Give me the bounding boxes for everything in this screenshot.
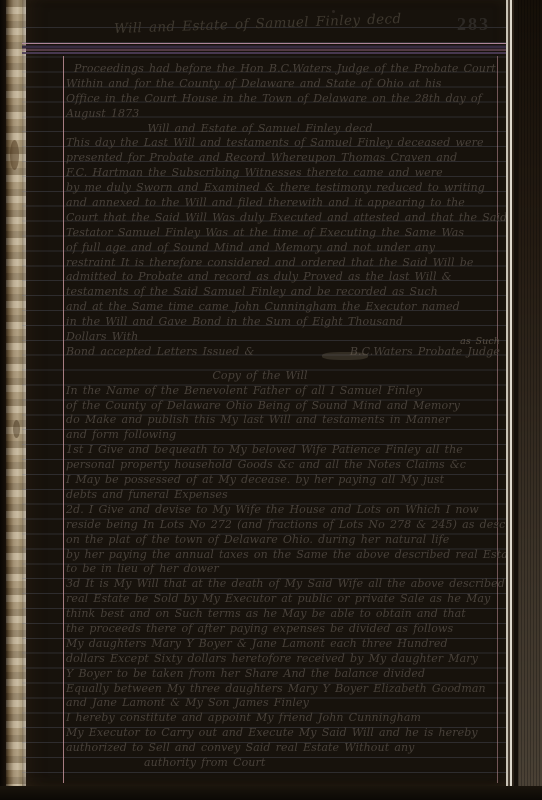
document-line: of full age and of Sound Mind and Memory… [66,241,502,256]
document-line: Court that the Said Will Was duly Execut… [66,211,502,226]
document-paragraph: Proceedings had before the Hon B.C.Water… [66,62,502,122]
document-line: reside being In Lots No 272 (and fractio… [66,518,502,533]
document-line: In the Name of the Benevolent Father of … [66,384,502,399]
document-line: think best and on Such terms as he May b… [66,607,502,622]
document-line: restraint It is therefore considered and… [66,256,502,271]
document-line: Proceedings had before the Hon B.C.Water… [66,62,502,77]
document-line: presented for Probate and Record Whereup… [66,151,502,166]
document-line: I May be possessed of at My decease. by … [66,473,502,488]
document-line: 2d. I Give and devise to My Wife the Hou… [66,503,502,518]
document-line: authorized to Sell and convey Said real … [66,741,502,756]
document-line: and at the Same time came John Cunningha… [66,300,502,315]
document-paragraph: This day the Last Will and testaments of… [66,136,502,344]
document-line: Y Boyer to be taken from her Share And t… [66,667,502,682]
document-paragraph: In the Name of the Benevolent Father of … [66,384,502,756]
document-line: Equally between My three daughters Mary … [66,682,502,697]
section-heading: Will and Estate of Samuel Finley decd [66,122,502,137]
document-body: Proceedings had before the Hon B.C.Water… [66,62,502,771]
ledger-scan: 283 Will and Estate of Samuel Finley dec… [0,0,542,800]
document-line: This day the Last Will and testaments of… [66,136,502,151]
document-line: to be in lieu of her dower [66,562,502,577]
signature-annotation: as Such [460,335,500,350]
document-line: by her paying the annual taxes on the Sa… [66,548,502,563]
ledger-page: 283 Will and Estate of Samuel Finley dec… [22,0,508,788]
document-line: debts and funeral Expenses [66,488,502,503]
signature-left: Bond accepted Letters Issued & [66,345,254,360]
document-line: Testator Samuel Finley Was at the time o… [66,226,502,241]
document-line: in the Will and Gave Bond in the Sum of … [66,315,502,330]
section-heading: Copy of the Will [66,369,502,384]
document-line: 3d It is My Will that at the death of My… [66,577,502,592]
document-line: on the plat of the town of Delaware Ohio… [66,533,502,548]
document-line: personal property household Goods &c and… [66,458,502,473]
document-line: and annexed to the Will and filed therew… [66,196,502,211]
document-line: admitted to Probate and record as duly P… [66,270,502,285]
document-line: authority from Court [66,756,502,771]
document-line: real Estate be Sold by My Executor at pu… [66,592,502,607]
document-line: Office in the Court House in the Town of… [66,92,502,107]
document-line: I hereby constitute and appoint My frien… [66,711,502,726]
document-line: and form following [66,428,502,443]
page-number: 283 [457,14,490,35]
document-line: do Make and publish this My last Will an… [66,413,502,428]
margin-line-left [63,56,64,783]
document-line: My Executor to Carry out and Execute My … [66,726,502,741]
document-line: testaments of the Said Samuel Finley and… [66,285,502,300]
document-line: dollars Except Sixty dollars heretofore … [66,652,502,667]
book-cover [518,0,542,800]
document-line: Within and for the County of Delaware an… [66,77,502,92]
book-page-edges [506,0,518,794]
document-line: Dollars With [66,330,502,345]
document-line: and Jane Lamont & My Son James Finley [66,696,502,711]
document-line: the proceeds there of after paying expen… [66,622,502,637]
document-line: F.C. Hartman the Subscribing Witnesses t… [66,166,502,181]
document-line: My daughters Mary Y Boyer & Jane Lamont … [66,637,502,652]
document-line: of the County of Delaware Ohio Being of … [66,399,502,414]
signature-row: Bond accepted Letters Issued &B.C.Waters… [66,345,502,360]
book-bottom-edge [0,786,542,800]
document-line: 1st I Give and bequeath to My beloved Wi… [66,443,502,458]
header-double-rule [22,43,508,56]
document-line: August 1873 [66,107,502,122]
document-line: by me duly Sworn and Examined & there te… [66,181,502,196]
